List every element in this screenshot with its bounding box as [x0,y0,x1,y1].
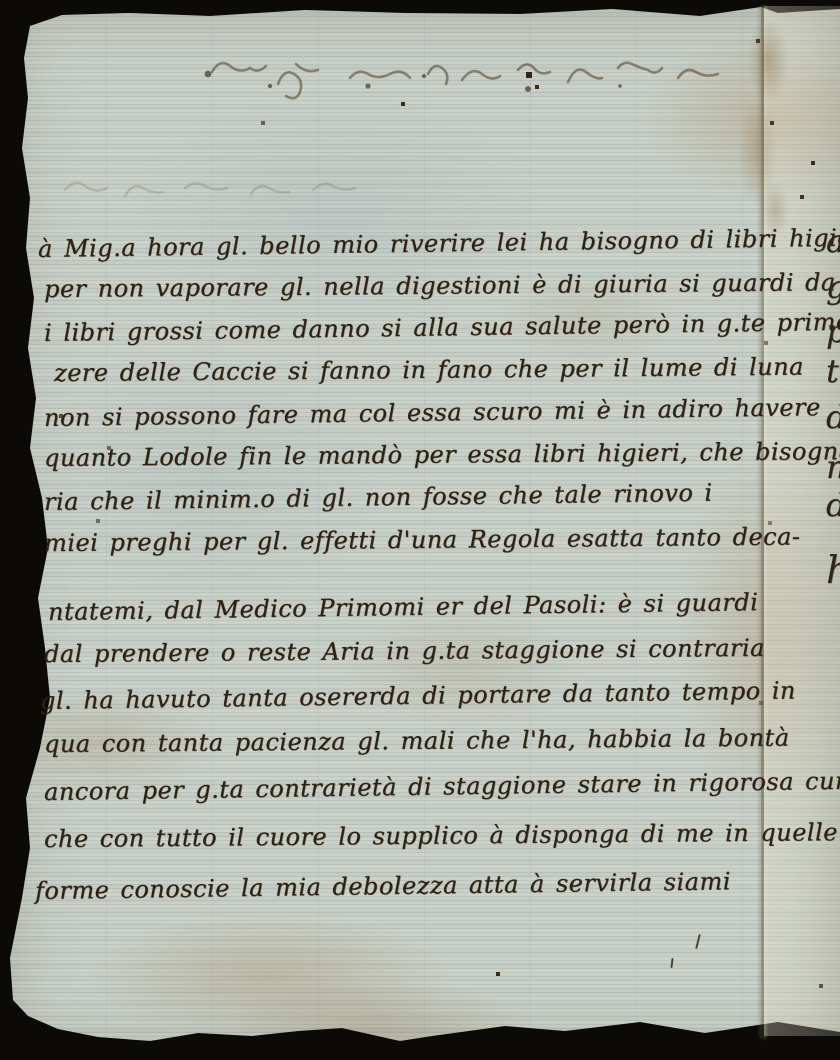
handwriting-line: ntatemi, dal Medico Primomi er del Pasol… [48,588,768,626]
handwriting-line: ria che il minim.o di gl. non fosse che … [44,478,764,516]
handwriting-fragment: d [826,398,840,436]
handwriting-fragment: m [826,448,840,486]
handwriting-line: forme conoscie la mia debolezza atta à s… [35,867,755,905]
handwriting-line: dal prendere o reste Aria in g.ta staggi… [44,634,764,668]
handwriting-fragment: t [826,352,839,390]
handwriting-line: per non vaporare gl. nella digestioni è … [44,269,764,303]
handwriting-line: quanto Lodole fin le mandò per essa libr… [44,438,764,472]
handwriting-line: zere delle Caccie si fanno in fano che p… [54,353,774,387]
facing-page-text-fragments: a g p t d m d h [826,0,840,1060]
manuscript-photo: à Mig.a hora gl. bello mio riverire lei … [0,0,840,1060]
handwriting-line: che con tutto il cuore lo supplico à dis… [44,819,764,853]
ink-speck [0,0,2,2]
handwriting-line: gl. ha havuto tanta osererda di portare … [40,677,760,715]
handwriting-line: ancora per g.ta contrarietà di staggione… [44,768,764,806]
handwriting-line: miei preghi per gl. effetti d'una Regola… [44,523,764,557]
handwriting-fragment: a [826,222,840,260]
handwriting-fragment: h [826,548,840,592]
handwriting-fragment: d [826,486,840,524]
handwriting-line: qua con tanta pacienza gl. mali che l'ha… [44,724,764,758]
handwriting-fragment: g [826,268,840,306]
handwriting-line: à Mig.a hora gl. bello mio riverire lei … [38,225,758,263]
handwriting-fragment: p [826,312,840,350]
letter-body: à Mig.a hora gl. bello mio riverire lei … [0,0,840,1060]
handwriting-line: i libri grossi come danno si alla sua sa… [44,309,764,347]
handwriting-line: non si possono fare ma col essa scuro mi… [44,394,764,432]
